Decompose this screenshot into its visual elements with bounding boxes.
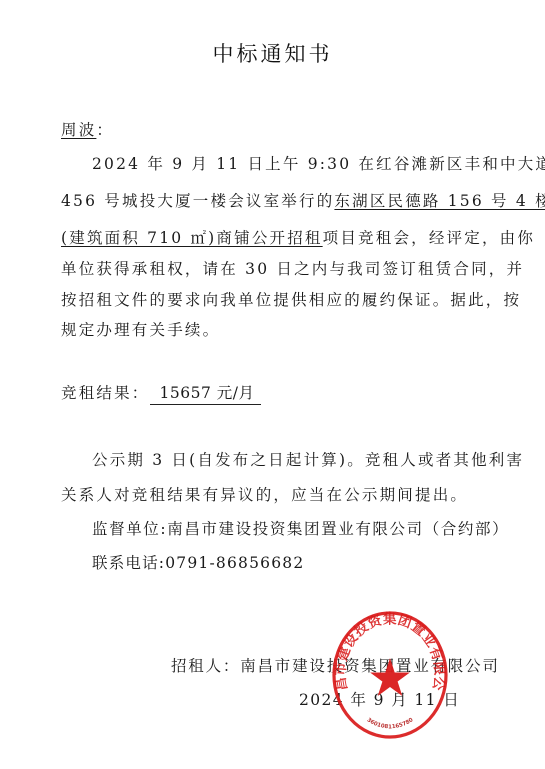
paragraph1-line6: 规定办理有关手续。 [61, 320, 220, 340]
paragraph1-line2: 456 号城投大厦一楼会议室举行的东湖区民德路 156 号 4 楼 [61, 191, 545, 211]
lessor-line: 招租人：南昌市建设投资集团置业有限公司 [171, 656, 500, 676]
bid-result-label: 竞租结果： [61, 384, 150, 402]
paragraph1-line1: 2024 年 9 月 11 日上午 9:30 在红谷滩新区丰和中大道 [92, 154, 545, 174]
paragraph2-line2: 关系人对竞租结果有异议的，应当在公示期间提出。 [61, 485, 468, 505]
lessor-label: 招租人： [171, 657, 240, 675]
signature-date: 2024 年 9 月 11 日 [299, 690, 460, 710]
phone-label: 联系电话: [92, 554, 165, 572]
lessor-name: 南昌市建设投资集团置业有限公司 [240, 657, 500, 675]
supervisor-value: 南昌市建设投资集团置业有限公司（合约部） [167, 520, 509, 538]
evaluation-text: 项目竞租会，经评定，由你 [323, 229, 535, 247]
addressee-name: 周波 [61, 121, 96, 139]
addressee-colon: ： [96, 121, 114, 139]
phone-value: 0791-86856682 [165, 554, 304, 572]
paragraph2-line1: 公示期 3 日(自发布之日起计算)。竞租人或者其他利害 [92, 450, 524, 470]
paragraph1-line3: (建筑面积 710 ㎡)商铺公开招租项目竞租会，经评定，由你 [61, 228, 535, 248]
bid-result: 竞租结果：15657 元/月 [61, 383, 261, 405]
supervisor-label: 监督单位: [92, 520, 167, 538]
supervisor-line: 监督单位:南昌市建设投资集团置业有限公司（合约部） [92, 519, 509, 539]
property-address: 东湖区民德路 156 号 4 楼 [334, 192, 545, 210]
paragraph1-line5: 按招租文件的要求向我单位提供相应的履约保证。据此，按 [61, 290, 521, 310]
paragraph1-line4: 单位获得承租权，请在 30 日之内与我司签订租赁合同，并 [61, 259, 524, 279]
phone-line: 联系电话:0791-86856682 [92, 553, 304, 573]
property-area: (建筑面积 710 ㎡)商铺公开招租 [61, 229, 323, 247]
svg-text:南昌市建设投资集团置业有限公司: 南昌市建设投资集团置业有限公司 [331, 610, 447, 692]
meeting-location: 456 号城投大厦一楼会议室举行的 [61, 192, 334, 210]
svg-text:3601081165780: 3601081165780 [366, 717, 415, 730]
notice-page: 中标通知书 周波： 2024 年 9 月 11 日上午 9:30 在红谷滩新区丰… [0, 0, 545, 769]
addressee-line: 周波： [61, 120, 114, 140]
bid-result-value: 15657 元/月 [150, 383, 261, 405]
page-title: 中标通知书 [0, 38, 545, 68]
